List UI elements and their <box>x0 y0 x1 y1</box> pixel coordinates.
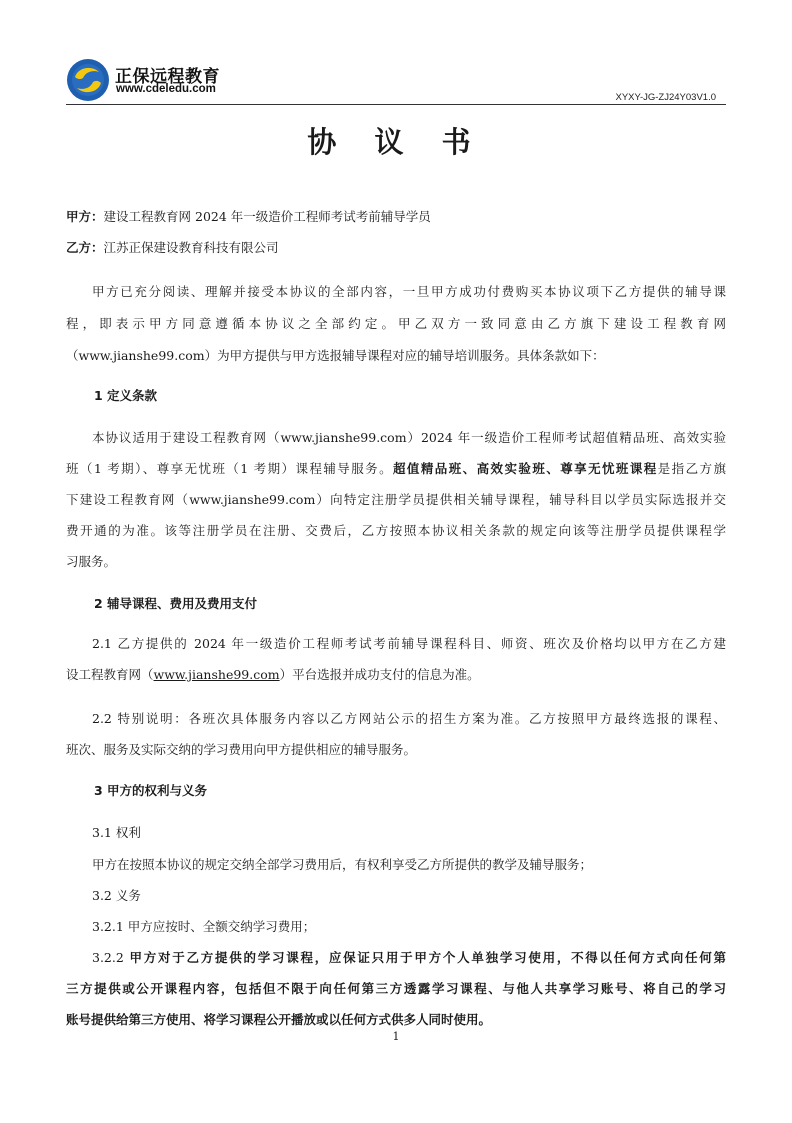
intro-line-2: 程，即表示甲方同意遵循本协议之全部约定。甲乙双方一致同意由乙方旗下建设工程教育网 <box>66 314 726 332</box>
party-a-label: 甲方： <box>66 209 104 224</box>
document-title: 协 议 书 <box>0 120 792 161</box>
section-1-line-3: 下建设工程教育网（www.jianshe99.com）向特定注册学员提供相关辅导… <box>66 490 726 508</box>
brand-logo-icon <box>66 58 110 102</box>
section-1-text: 班（1 考期）、尊享无忧班（1 考期）课程辅导服务。 <box>66 461 393 476</box>
jianshe99-link[interactable]: www.jianshe99.com <box>154 667 280 682</box>
clause-2-1-line-1: 2.1 乙方提供的 2024 年一级造价工程师考试考前辅导课程科目、师资、班次及… <box>66 634 726 652</box>
clause-text: ）平台选报并成功支付的信息为准。 <box>280 667 480 682</box>
clause-3-2-label: 3.2 义务 <box>92 886 141 904</box>
party-b-value: 江苏正保建设教育科技有限公司 <box>104 240 279 255</box>
clause-3-1-text: 甲方在按照本协议的规定交纳全部学习费用后，有权利享受乙方所提供的教学及辅导服务； <box>92 855 592 873</box>
clause-text: 设工程教育网（ <box>66 667 154 682</box>
page-header: 正保远程教育 www.cdeledu.com XYXY-JG-ZJ24Y03V1… <box>66 58 728 106</box>
party-b-label: 乙方： <box>66 240 104 255</box>
document-code: XYXY-JG-ZJ24Y03V1.0 <box>615 92 716 103</box>
page-number: 1 <box>0 1030 792 1043</box>
clause-3-2-2-line-1: 3.2.2 甲方对于乙方提供的学习课程，应保证只用于甲方个人单独学习使用，不得以… <box>66 948 726 966</box>
party-a: 甲方：建设工程教育网 2024 年一级造价工程师考试考前辅导学员 <box>66 207 431 225</box>
party-b: 乙方：江苏正保建设教育科技有限公司 <box>66 238 279 256</box>
brand-url: www.cdeledu.com <box>116 83 216 95</box>
clause-3-1-label: 3.1 权利 <box>92 823 141 841</box>
clause-3-2-2-line-3: 账号提供给第三方使用、将学习课程公开播放或以任何方式供多人同时使用。 <box>66 1010 491 1028</box>
party-a-value: 建设工程教育网 2024 年一级造价工程师考试考前辅导学员 <box>104 209 431 224</box>
clause-number: 3.2.2 <box>92 950 130 965</box>
intro-line-1: 甲方已充分阅读、理解并接受本协议的全部内容，一旦甲方成功付费购买本协议项下乙方提… <box>66 282 726 300</box>
section-2-heading: 2 辅导课程、费用及费用支付 <box>94 594 257 612</box>
section-1-line-1: 本协议适用于建设工程教育网（www.jianshe99.com）2024 年一级… <box>66 428 726 446</box>
section-3-heading: 3 甲方的权利与义务 <box>94 781 207 799</box>
section-1-line-2: 班（1 考期）、尊享无忧班（1 考期）课程辅导服务。超值精品班、高效实验班、尊享… <box>66 459 726 477</box>
header-divider <box>66 104 726 105</box>
clause-2-2-line-1: 2.2 特别说明：各班次具体服务内容以乙方网站公示的招生方案为准。乙方按照甲方最… <box>66 709 726 727</box>
section-1-line-5: 习服务。 <box>66 552 116 570</box>
section-1-text: 是指乙方旗 <box>658 461 726 476</box>
clause-3-2-1: 3.2.1 甲方应按时、全额交纳学习费用； <box>92 917 315 935</box>
intro-line-3: （www.jianshe99.com）为甲方提供与甲方选报辅导课程对应的辅导培训… <box>66 346 605 364</box>
course-names-bold: 超值精品班、高效实验班、尊享无忧班课程 <box>393 461 658 476</box>
clause-2-1-line-2: 设工程教育网（www.jianshe99.com）平台选报并成功支付的信息为准。 <box>66 665 480 683</box>
section-1-heading: 1 定义条款 <box>94 386 157 404</box>
clause-3-2-2-line-2: 三方提供或公开课程内容，包括但不限于向任何第三方透露学习课程、与他人共享学习账号… <box>66 979 726 997</box>
clause-2-2-line-2: 班次、服务及实际交纳的学习费用向甲方提供相应的辅导服务。 <box>66 740 416 758</box>
clause-bold-text: 甲方对于乙方提供的学习课程，应保证只用于甲方个人单独学习使用，不得以任何方式向任… <box>130 950 726 965</box>
section-1-line-4: 费开通的为准。该等注册学员在注册、交费后，乙方按照本协议相关条款的规定向该等注册… <box>66 521 726 539</box>
document-page: 正保远程教育 www.cdeledu.com XYXY-JG-ZJ24Y03V1… <box>0 0 792 1123</box>
